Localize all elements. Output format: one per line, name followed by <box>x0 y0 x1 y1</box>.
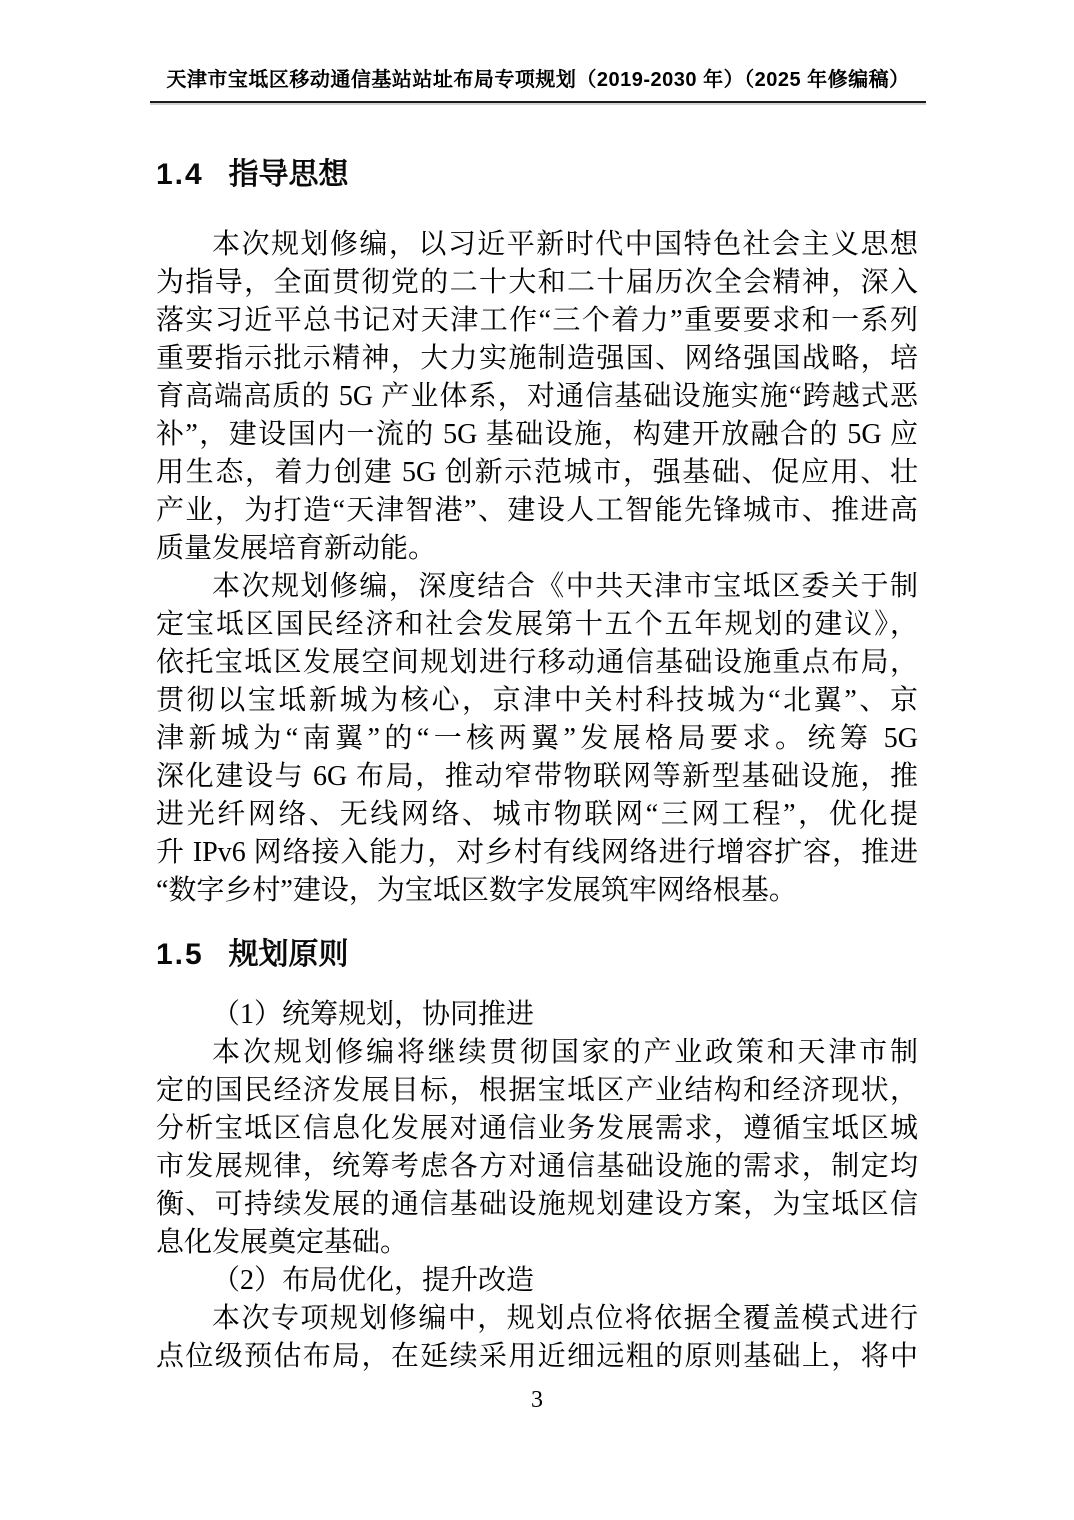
header-title: 天津市宝坻区移动通信基站站址布局专项规划（2019-2030 年）（2025 年… <box>150 68 926 92</box>
text-line: 为指导，全面贯彻党的二十大和二十届历次全会精神，深入 <box>156 264 918 302</box>
document-page: 天津市宝坻区移动通信基站站址布局专项规划（2019-2030 年）（2025 年… <box>0 0 1074 1520</box>
section-heading-1-5: 1.5 规划原则 <box>156 936 918 974</box>
text-line: 落实习近平总书记对天津工作“三个着力”重要要求和一系列 <box>156 302 918 340</box>
paragraph-guiding-ideology-2: 本次规划修编，深度结合《中共天津市宝坻区委关于制定宝坻区国民经济和社会发展第十五… <box>156 568 918 910</box>
text-line: 本次规划修编，以习近平新时代中国特色社会主义思想 <box>156 226 918 264</box>
list-item-1-label: （1）统筹规划，协同推进 <box>156 996 918 1034</box>
text-line: 市发展规律，统筹考虑各方对通信基础设施的需求，制定均 <box>156 1148 918 1186</box>
text-line: （1）统筹规划，协同推进 <box>156 996 918 1034</box>
section-title: 规划原则 <box>229 938 349 971</box>
section-number: 1.4 <box>156 158 204 191</box>
page-footer: 3 <box>0 1386 1074 1414</box>
text-line: 本次规划修编，深度结合《中共天津市宝坻区委关于制 <box>156 568 918 606</box>
text-line: 深化建设与 6G 布局，推动窄带物联网等新型基础设施，推 <box>156 758 918 796</box>
section-number: 1.5 <box>156 938 204 971</box>
page-number: 3 <box>0 1386 1074 1414</box>
list-item-2-label: （2）布局优化，提升改造 <box>156 1262 918 1300</box>
text-line: 进光纤网络、无线网络、城市物联网“三网工程”，优化提 <box>156 796 918 834</box>
text-line: 质量发展培育新动能。 <box>156 530 918 568</box>
text-line: 定的国民经济发展目标，根据宝坻区产业结构和经济现状， <box>156 1072 918 1110</box>
text-line: 贯彻以宝坻新城为核心，京津中关村科技城为“北翼”、京 <box>156 682 918 720</box>
text-line: “数字乡村”建设，为宝坻区数字发展筑牢网络根基。 <box>156 872 918 910</box>
section-heading-1-4: 1.4 指导思想 <box>156 156 918 194</box>
text-line: 重要指示批示精神，大力实施制造强国、网络强国战略，培 <box>156 340 918 378</box>
text-line: 产业，为打造“天津智港”、建设人工智能先锋城市、推进高 <box>156 492 918 530</box>
text-line: 本次专项规划修编中，规划点位将依据全覆盖模式进行 <box>156 1300 918 1338</box>
text-line: 定宝坻区国民经济和社会发展第十五个五年规划的建议》， <box>156 606 918 644</box>
text-line: 补”，建设国内一流的 5G 基础设施，构建开放融合的 5G 应 <box>156 416 918 454</box>
paragraph-guiding-ideology-1: 本次规划修编，以习近平新时代中国特色社会主义思想为指导，全面贯彻党的二十大和二十… <box>156 226 918 568</box>
text-line: 依托宝坻区发展空间规划进行移动通信基础设施重点布局， <box>156 644 918 682</box>
text-line: 育高端高质的 5G 产业体系，对通信基础设施实施“跨越式恶 <box>156 378 918 416</box>
text-line: 用生态，着力创建 5G 创新示范城市，强基础、促应用、壮 <box>156 454 918 492</box>
text-line: 本次规划修编将继续贯彻国家的产业政策和天津市制 <box>156 1034 918 1072</box>
text-line: 升 IPv6 网络接入能力，对乡村有线网络进行增容扩容，推进 <box>156 834 918 872</box>
paragraph-principle-2: 本次专项规划修编中，规划点位将依据全覆盖模式进行点位级预估布局，在延续采用近细远… <box>156 1300 918 1376</box>
section-title: 指导思想 <box>229 158 349 191</box>
text-line: （2）布局优化，提升改造 <box>156 1262 918 1300</box>
paragraph-principle-1: 本次规划修编将继续贯彻国家的产业政策和天津市制定的国民经济发展目标，根据宝坻区产… <box>156 1034 918 1262</box>
text-line: 息化发展奠定基础。 <box>156 1224 918 1262</box>
text-line: 分析宝坻区信息化发展对通信业务发展需求，遵循宝坻区城 <box>156 1110 918 1148</box>
text-line: 衡、可持续发展的通信基础设施规划建设方案，为宝坻区信 <box>156 1186 918 1224</box>
page-header: 天津市宝坻区移动通信基站站址布局专项规划（2019-2030 年）（2025 年… <box>150 68 926 103</box>
text-line: 点位级预估布局，在延续采用近细远粗的原则基础上，将中 <box>156 1338 918 1376</box>
text-line: 津新城为“南翼”的“一核两翼”发展格局要求。统筹 5G <box>156 720 918 758</box>
